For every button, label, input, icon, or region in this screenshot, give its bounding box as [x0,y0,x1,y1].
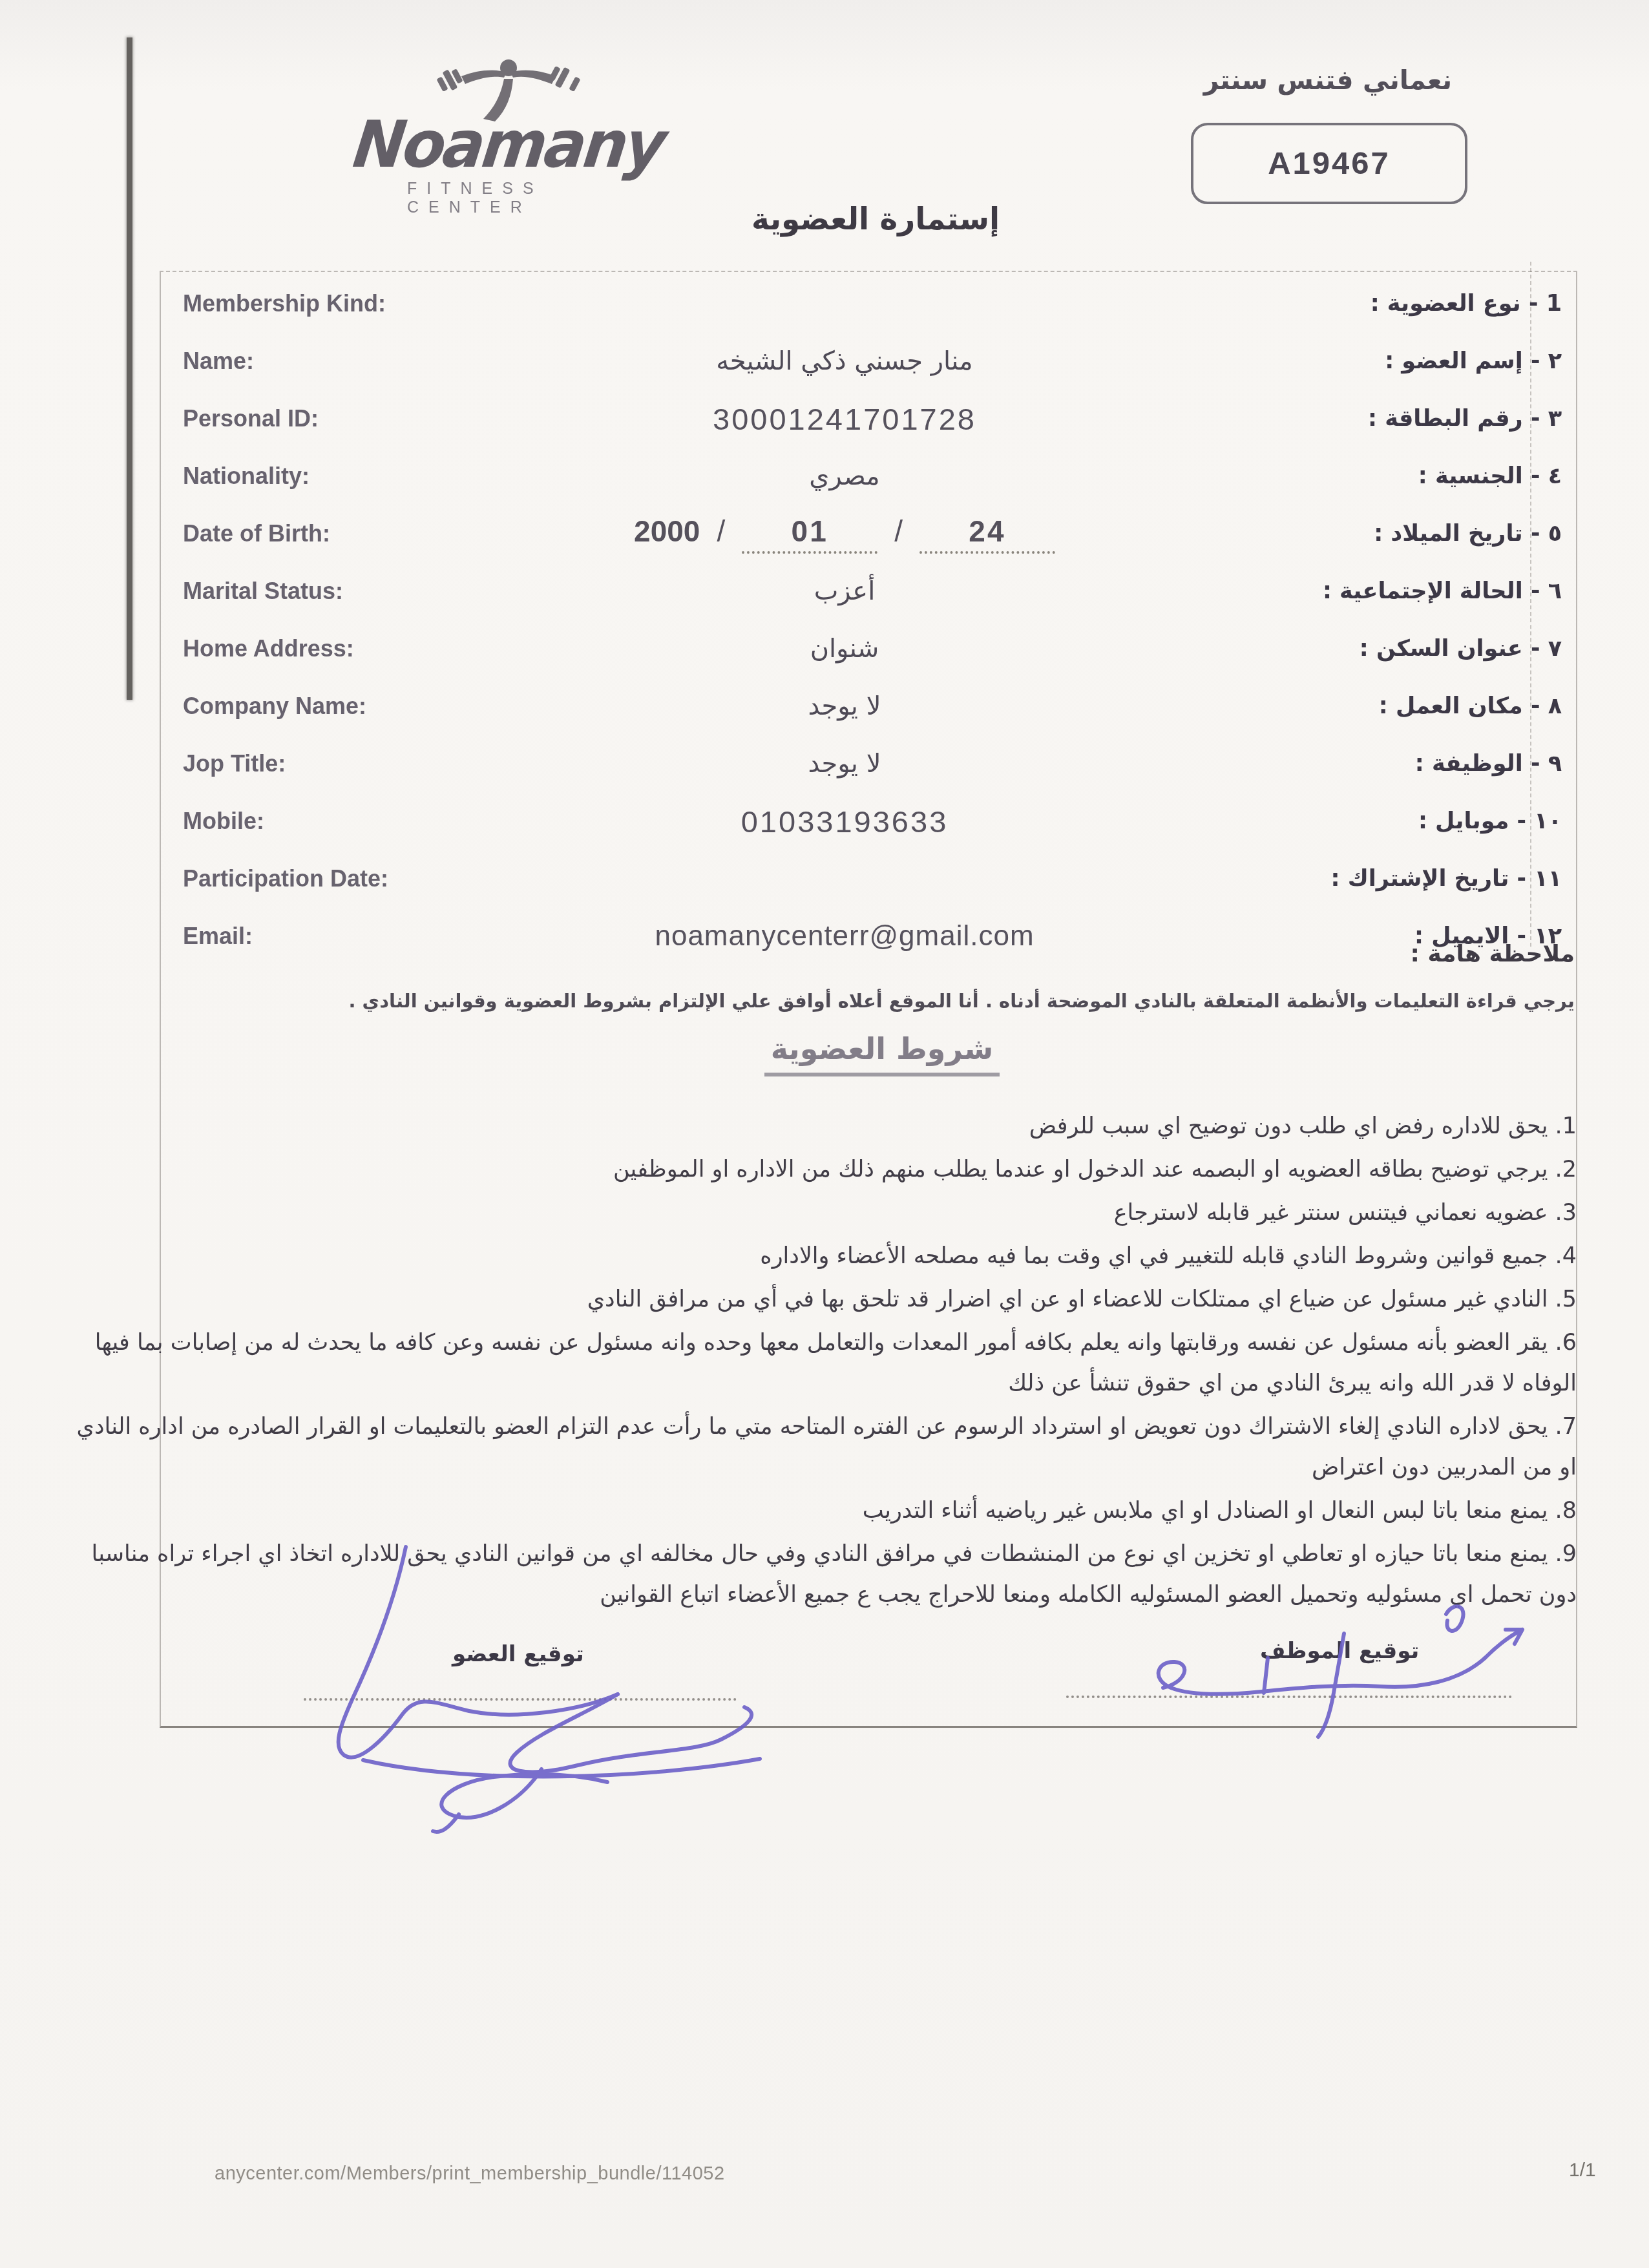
field-label-en: Personal ID: [183,405,319,432]
form-row-name: Name: منار جسني ذكي الشيخه ٢ - إسم العضو… [160,332,1575,390]
field-label-en: Participation Date: [183,865,388,892]
field-label-en: Marital Status: [183,578,343,605]
field-label-ar: ١١ - تاريخ الإشتراك : [1331,866,1562,892]
footer-page-number: 1/1 [1569,2159,1596,2181]
field-label-ar: ٢ - إسم العضو : [1385,348,1562,374]
form-row-personal-id: Personal ID: 30001241701728 ٣ - رقم البط… [160,390,1575,447]
form-row-job-title: Jop Title: لا يوجد ٩ - الوظيفة : [160,735,1575,792]
important-note-body: يرجي قراءة التعليمات والأنظمة المتعلقة ب… [250,990,1575,1012]
field-label-en: Nationality: [183,463,310,490]
field-label-ar: ٥ - تاريخ الميلاد : [1374,521,1562,547]
center-name-arabic: نعماني فتنس سنتر [1189,65,1467,96]
conditions-heading: شروط العضوية [724,1031,1040,1076]
field-label-ar: 1 - نوع العضوية : [1371,291,1562,317]
form-row-participation-date: Participation Date: ١١ - تاريخ الإشتراك … [160,850,1575,907]
field-value: لا يوجد [341,691,1349,721]
condition-item: 3. عضويه نعماني فيتنس سنتر غير قابله لاس… [71,1193,1577,1234]
form-rows: Membership Kind: 1 - نوع العضوية : Name:… [160,275,1575,965]
field-value-dob: 2000/01/24 [341,514,1349,554]
field-label-ar: ٤ - الجنسية : [1418,463,1562,489]
form-row-mobile: Mobile: 01033193633 ١٠ - موبايل : [160,792,1575,850]
membership-code-box: A19467 [1191,123,1467,204]
dob-month: 01 [742,514,877,554]
field-label-en: Company Name: [183,693,366,720]
condition-item: 1. يحق للاداره رفض اي طلب دون توضيح اي س… [71,1106,1577,1147]
field-label-en: Jop Title: [183,750,286,777]
field-value: منار جسني ذكي الشيخه [341,346,1349,376]
brand-wordmark: Noamany [350,107,656,182]
field-label-en: Home Address: [183,635,354,662]
field-label-en: Email: [183,923,253,950]
form-row-membership-kind: Membership Kind: 1 - نوع العضوية : [160,275,1575,332]
scan-edge-streak [127,37,132,700]
field-label-ar: ٩ - الوظيفة : [1415,751,1562,777]
condition-item: 2. يرجي توضيح بطاقه العضويه او البصمه عن… [71,1150,1577,1190]
dob-year: 2000 [634,514,700,548]
field-value: 30001241701728 [341,401,1349,436]
form-row-nationality: Nationality: مصري ٤ - الجنسية : [160,447,1575,505]
conditions-list: 1. يحق للاداره رفض اي طلب دون توضيح اي س… [71,1106,1577,1618]
staff-signature-ink [1066,1596,1538,1745]
dob-slash: / [894,514,903,548]
field-label-en: Membership Kind: [183,290,386,317]
field-label-en: Date of Birth: [183,520,330,547]
conditions-heading-text: شروط العضوية [764,1031,1000,1076]
dob-slash: / [717,514,725,548]
form-row-date-of-birth: Date of Birth: 2000/01/24 ٥ - تاريخ المي… [160,505,1575,562]
member-signature-ink [304,1544,775,1835]
field-label-ar: ٦ - الحالة الإجتماعية : [1323,578,1562,604]
condition-item: 8. يمنع منعا باتا لبس النعال او الصنادل … [71,1491,1577,1531]
dob-day: 24 [919,514,1055,554]
field-label-ar: ٣ - رقم البطاقة : [1368,406,1562,432]
form-row-company-name: Company Name: لا يوجد ٨ - مكان العمل : [160,677,1575,735]
form-row-marital-status: Marital Status: أعزب ٦ - الحالة الإجتماع… [160,562,1575,620]
important-note-heading: ملاحظة هامة : [1410,941,1575,967]
field-label-ar: ٧ - عنوان السكن : [1360,636,1562,662]
footer-url: anycenter.com/Members/print_membership_b… [215,2163,725,2185]
condition-item: 6. يقر العضو بأنه مسئول عن نفسه ورقابتها… [71,1323,1577,1404]
form-row-email: Email: noamanycenterr@gmail.com ١٢ - الا… [160,907,1575,965]
field-label-ar: ٨ - مكان العمل : [1379,693,1562,719]
field-value: 01033193633 [341,803,1349,839]
field-value: noamanycenterr@gmail.com [341,920,1349,952]
field-label-en: Name: [183,348,254,375]
form-row-home-address: Home Address: شنوان ٧ - عنوان السكن : [160,620,1575,677]
condition-item: 7. يحق لاداره النادي إلغاء الاشتراك دون … [71,1407,1577,1488]
field-label-en: Mobile: [183,808,264,835]
condition-item: 4. جميع قوانين وشروط النادي قابله للتغيي… [71,1236,1577,1277]
field-label-ar: ١٠ - موبايل : [1418,808,1562,834]
membership-code: A19467 [1268,145,1391,182]
field-value: أعزب [341,576,1349,606]
page-title: إستمارة العضوية [617,202,1134,237]
field-value: لا يوجد [341,749,1349,779]
field-value: مصري [341,461,1349,491]
scanned-membership-form-page: Noamany FITNESS CENTER نعماني فتنس سنتر … [0,0,1649,2268]
field-value: شنوان [341,634,1349,664]
condition-item: 5. النادي غير مسئول عن ضياع اي ممتلكات ل… [71,1279,1577,1320]
